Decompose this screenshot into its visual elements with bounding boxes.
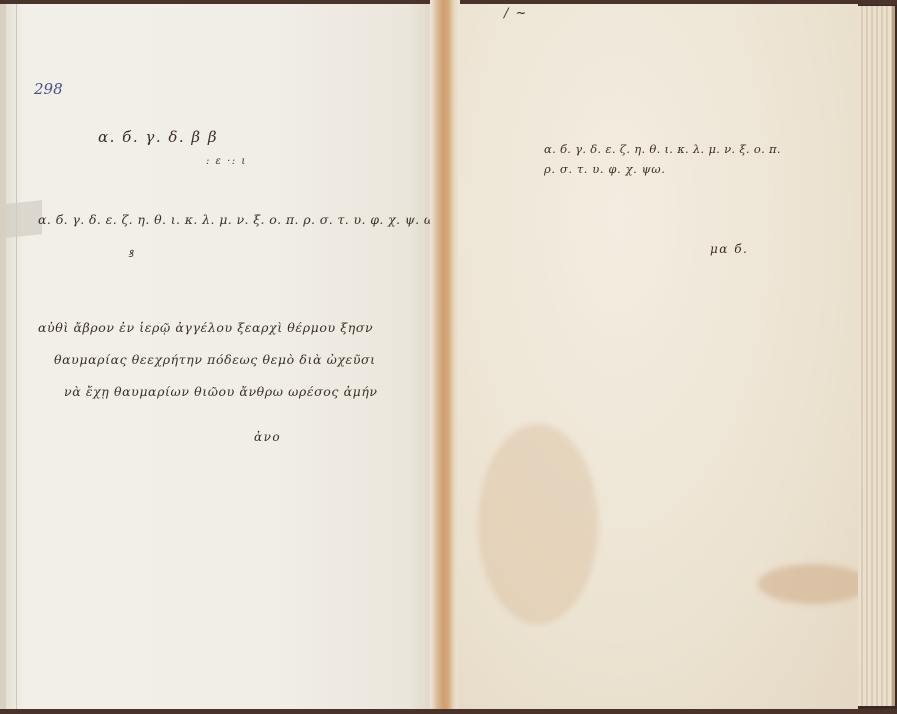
text-line-2: θαυμαρίας θεεχρήτην πόδεως θεμὸ διὰ ὠχεῦ… — [54, 352, 376, 367]
right-alphabet-line-1: α. б. γ. δ. ε. ζ. η. θ. ι. κ. λ. μ. ν. ξ… — [544, 142, 781, 156]
right-page: / ~ α. б. γ. δ. ε. ζ. η. θ. ι. κ. λ. μ. … — [458, 4, 858, 710]
small-mark-below: ꝸ — [128, 246, 135, 260]
alphabet-line-full: α. б. γ. δ. ε. ζ. η. θ. ι. κ. λ. μ. ν. ξ… — [38, 212, 439, 227]
text-line-1: αὐθὶ ἄβρον ἐν ἱερῷ ἀγγέλου ξεαρχὶ θέρμου… — [38, 320, 373, 335]
page-stack-edge — [858, 6, 895, 706]
top-mark: / ~ — [504, 6, 528, 21]
open-manuscript: 298 α. б. γ. δ. β β : ε ·: ι α. б. γ. δ.… — [0, 0, 897, 714]
water-stain — [478, 424, 598, 624]
page-edge-line — [16, 4, 17, 710]
paper-tab — [6, 200, 42, 238]
left-page: 298 α. б. γ. δ. β β : ε ·: ι α. б. γ. δ.… — [0, 4, 442, 710]
text-line-3: νὰ ἔχῃ θαυμαρίων θιῶου ἄνθρω ωρέσος ἀμήν — [64, 384, 378, 399]
alphabet-line-short: α. б. γ. δ. β β — [98, 128, 218, 146]
right-note: μα б. — [710, 242, 748, 256]
water-stain — [758, 564, 868, 604]
cover-edge-bottom — [0, 709, 897, 714]
right-alphabet-line-2: ρ. σ. τ. υ. φ. χ. ψω. — [544, 162, 666, 176]
closing-word: ἀνο — [254, 430, 281, 444]
binding-gutter — [430, 0, 460, 714]
small-marks: : ε ·: ι — [206, 156, 247, 167]
folio-number: 298 — [34, 80, 63, 98]
